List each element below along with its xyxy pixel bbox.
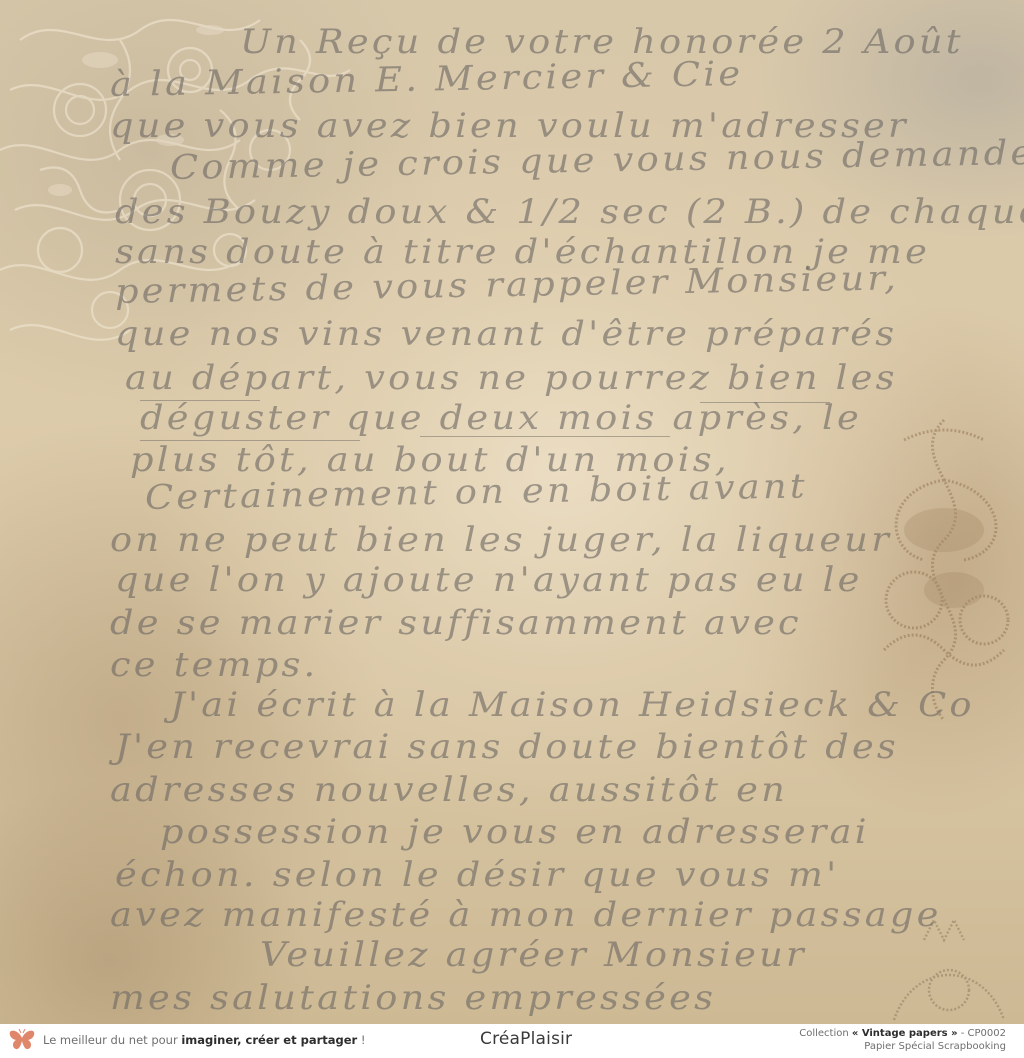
script-line: au départ, vous ne pourrez bien les (125, 358, 898, 398)
script-line: de se marier suffisamment avec (110, 603, 802, 643)
product-type: Papier Spécial Scrapbooking (799, 1040, 1006, 1053)
tagline: Le meilleur du net pour imaginer, créer … (43, 1033, 365, 1047)
script-line: avez manifesté à mon dernier passage (110, 895, 942, 935)
tagline-suffix: ! (357, 1033, 365, 1047)
script-line: ce temps. (110, 645, 318, 685)
script-line: déguster que deux mois après, le (140, 398, 862, 438)
collection-info: Collection « Vintage papers » - CP0002 P… (799, 1027, 1006, 1053)
script-line: on ne peut bien les juger, la liqueur (110, 520, 892, 560)
script-line: J'en recevrai sans doute bientôt des (115, 727, 899, 767)
handwritten-letter-text: Un Reçu de votre honorée 2 Aoûtà la Mais… (0, 0, 1024, 1024)
underline-stroke (420, 436, 670, 437)
collection-name: « Vintage papers » (852, 1028, 958, 1039)
collection-line: Collection « Vintage papers » - CP0002 (799, 1027, 1006, 1040)
script-line: que nos vins venant d'être préparés (115, 314, 897, 354)
script-line: mes salutations empressées (110, 978, 716, 1018)
script-line: adresses nouvelles, aussitôt en (110, 770, 788, 810)
collection-code: - CP0002 (958, 1028, 1006, 1039)
tagline-bold: imaginer, créer et partager (181, 1033, 357, 1047)
script-line: Veuillez agréer Monsieur (260, 935, 807, 975)
collection-prefix: Collection (799, 1028, 852, 1039)
tagline-prefix: Le meilleur du net pour (43, 1033, 181, 1047)
script-line: possession je vous en adresserai (160, 812, 870, 852)
underline-stroke (700, 402, 830, 403)
script-line: que l'on y ajoute n'ayant pas eu le (115, 560, 863, 600)
underline-stroke (140, 440, 360, 441)
underline-stroke (140, 400, 260, 401)
brand-logo-text: CréaPlaisir (480, 1029, 572, 1049)
scrapbook-paper: Un Reçu de votre honorée 2 Aoûtà la Mais… (0, 0, 1024, 1024)
script-line: J'ai écrit à la Maison Heidsieck & Co (170, 685, 975, 725)
script-line: à la Maison E. Mercier & Cie (110, 54, 744, 105)
footer-bar: Le meilleur du net pour imaginer, créer … (0, 1024, 1024, 1058)
butterfly-icon (9, 1029, 35, 1051)
script-line: des Bouzy doux & 1/2 sec (2 B.) de chaqu… (115, 192, 1024, 232)
script-line: échon. selon le désir que vous m' (115, 855, 839, 895)
